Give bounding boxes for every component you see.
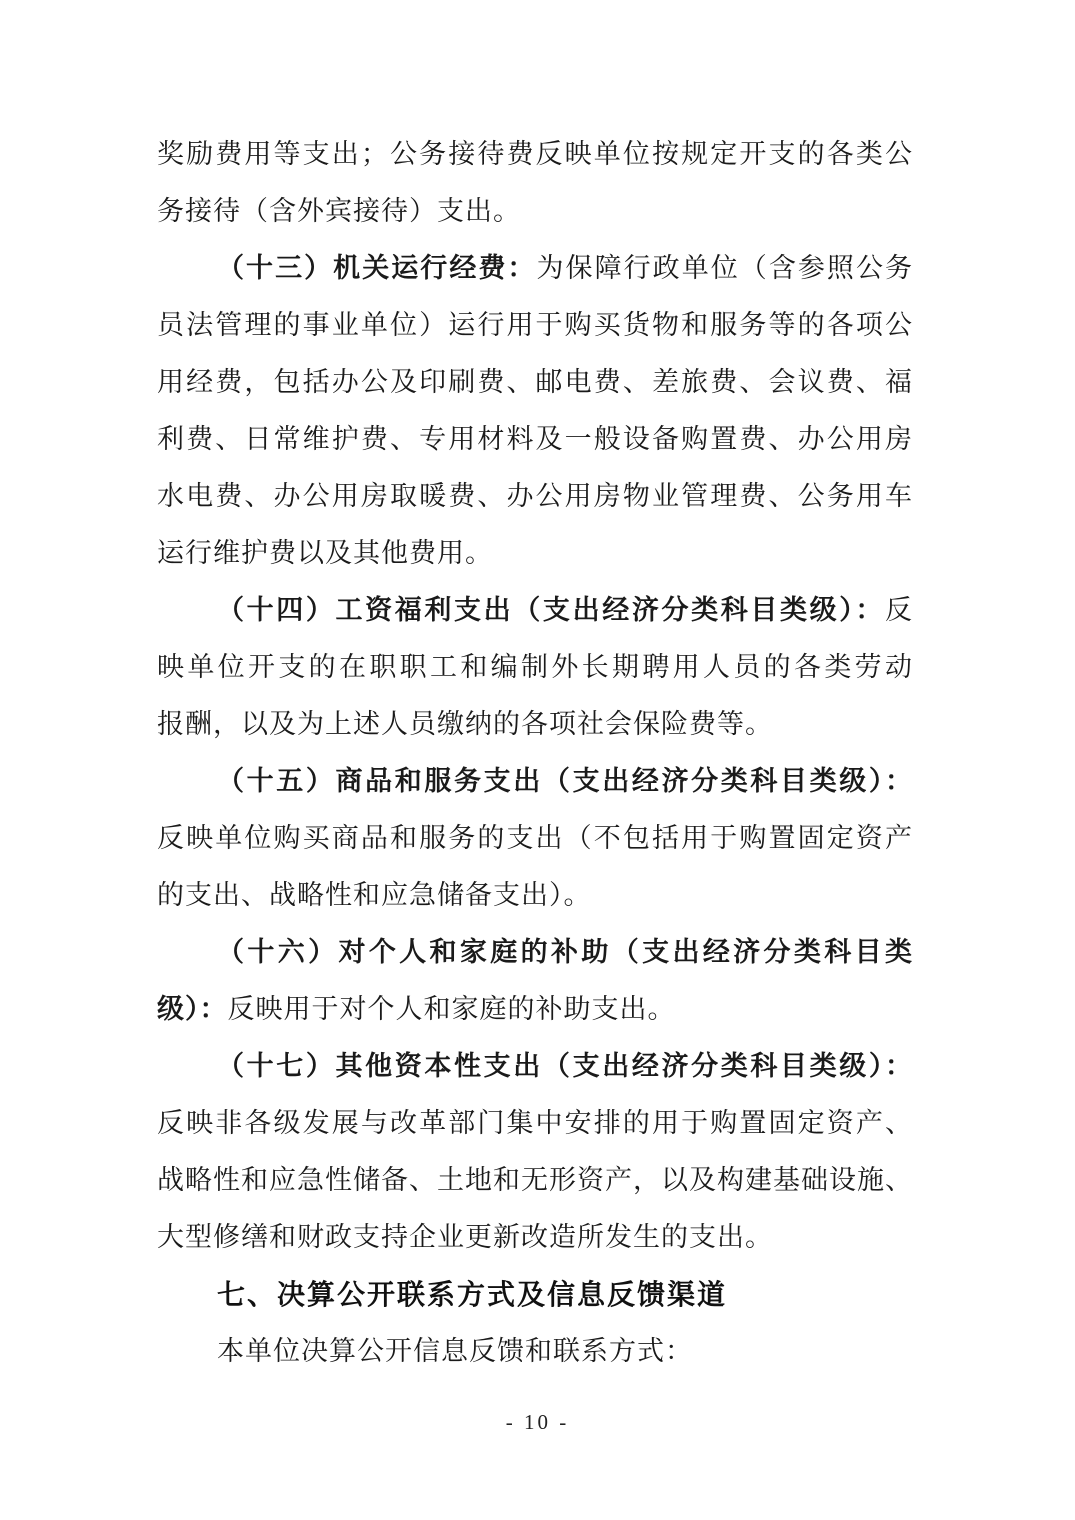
text-line: 级）：反映用于对个人和家庭的补助支出。 [157,981,913,1038]
line-text: 水电费、办公用房取暖费、办公用房物业管理费、公务用车 [157,481,913,511]
line-emphasis: （十六）对个人和家庭的补助（支出经济分类科目类 [217,937,913,967]
line-text: 映单位开支的在职职工和编制外长期聘用人员的各类劳动 [157,652,913,682]
text-line: （十三）机关运行经费：为保障行政单位（含参照公务 [157,240,913,297]
text-line: （十五）商品和服务支出（支出经济分类科目类级）： [157,753,913,810]
line-text: 反映单位购买商品和服务的支出（不包括用于购置固定资产 [157,823,913,853]
line-emphasis: （十四）工资福利支出（支出经济分类科目类级）： [217,595,885,625]
text-line: 奖励费用等支出；公务接待费反映单位按规定开支的各类公 [157,126,913,183]
section-heading: 七、决算公开联系方式及信息反馈渠道 [157,1266,913,1323]
text-line: 本单位决算公开信息反馈和联系方式： [157,1323,913,1380]
line-text: 报酬，以及为上述人员缴纳的各项社会保险费等。 [157,709,773,739]
line-text: 务接待（含外宾接待）支出。 [157,196,521,226]
text-line: 务接待（含外宾接待）支出。 [157,183,913,240]
line-text: 本单位决算公开信息反馈和联系方式： [217,1336,693,1366]
text-line: 水电费、办公用房取暖费、办公用房物业管理费、公务用车 [157,468,913,525]
line-text: 的支出、战略性和应急储备支出）。 [157,880,592,910]
line-emphasis: 级）： [157,994,228,1024]
text-line: 的支出、战略性和应急储备支出）。 [157,867,913,924]
line-text: 反 [885,595,913,625]
text-line: 反映非各级发展与改革部门集中安排的用于购置固定资产、 [157,1095,913,1152]
line-emphasis: （十三）机关运行经费： [217,253,536,283]
text-line: 映单位开支的在职职工和编制外长期聘用人员的各类劳动 [157,639,913,696]
page-number: - 10 - [0,1410,1075,1435]
text-line: 反映单位购买商品和服务的支出（不包括用于购置固定资产 [157,810,913,867]
document-page: 奖励费用等支出；公务接待费反映单位按规定开支的各类公 务接待（含外宾接待）支出。… [0,0,1075,1520]
text-line: 员法管理的事业单位）运行用于购买货物和服务等的各项公 [157,297,913,354]
line-text: 大型修缮和财政支持企业更新改造所发生的支出。 [157,1222,773,1252]
text-line: 运行维护费以及其他费用。 [157,525,913,582]
text-line: 用经费，包括办公及印刷费、邮电费、差旅费、会议费、福 [157,354,913,411]
line-text: 战略性和应急性储备、土地和无形资产，以及构建基础设施、 [157,1165,913,1195]
line-text: 奖励费用等支出；公务接待费反映单位按规定开支的各类公 [157,139,913,169]
line-text: 运行维护费以及其他费用。 [157,538,493,568]
section-heading-text: 七、决算公开联系方式及信息反馈渠道 [217,1279,727,1310]
line-emphasis: （十五）商品和服务支出（支出经济分类科目类级）： [217,766,913,796]
text-line: （十四）工资福利支出（支出经济分类科目类级）：反 [157,582,913,639]
text-line: （十七）其他资本性支出（支出经济分类科目类级）： [157,1038,913,1095]
text-line: 报酬，以及为上述人员缴纳的各项社会保险费等。 [157,696,913,753]
line-text: 为保障行政单位（含参照公务 [536,253,913,283]
line-text: 员法管理的事业单位）运行用于购买货物和服务等的各项公 [157,310,913,340]
text-line: 大型修缮和财政支持企业更新改造所发生的支出。 [157,1209,913,1266]
document-body: 奖励费用等支出；公务接待费反映单位按规定开支的各类公 务接待（含外宾接待）支出。… [157,126,913,1380]
line-text: 利费、日常维护费、专用材料及一般设备购置费、办公用房 [157,424,913,454]
text-line: 利费、日常维护费、专用材料及一般设备购置费、办公用房 [157,411,913,468]
line-text: 反映用于对个人和家庭的补助支出。 [228,994,676,1024]
text-line: 战略性和应急性储备、土地和无形资产，以及构建基础设施、 [157,1152,913,1209]
line-text: 用经费，包括办公及印刷费、邮电费、差旅费、会议费、福 [157,367,913,397]
line-emphasis: （十七）其他资本性支出（支出经济分类科目类级）： [217,1051,913,1081]
text-line: （十六）对个人和家庭的补助（支出经济分类科目类 [157,924,913,981]
line-text: 反映非各级发展与改革部门集中安排的用于购置固定资产、 [157,1108,913,1138]
